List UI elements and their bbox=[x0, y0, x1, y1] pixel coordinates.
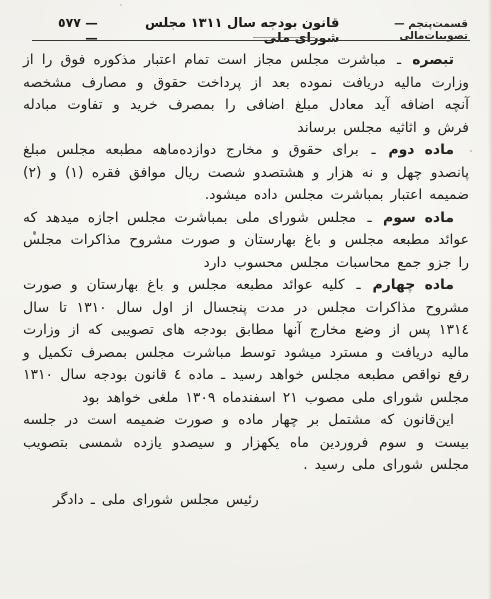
signature-line: رئیس مجلس شورای ملی ـ دادگر bbox=[23, 489, 469, 512]
title-underline-mark bbox=[253, 37, 315, 38]
label-dash: ـ bbox=[357, 277, 361, 293]
paragraph-text: مباشرت مجلس مجاز است تمام اعتبار مذکوره … bbox=[23, 52, 469, 136]
paragraph-article-3: ماده سوم ـ مجلس شورای ملی بمباشرت مجلس ا… bbox=[23, 207, 469, 275]
label-dash: ـ bbox=[372, 142, 376, 158]
signature-text: رئیس مجلس شورای ملی ـ دادگر bbox=[53, 492, 259, 508]
paragraph-closing: این‌قانون که مشتمل بر چهار ماده و صورت ض… bbox=[23, 409, 469, 477]
scan-speckle bbox=[470, 150, 472, 152]
paragraph-text: این‌قانون که مشتمل بر چهار ماده و صورت ض… bbox=[23, 412, 469, 473]
scan-speckle bbox=[120, 4, 122, 6]
page-header: قسمت‌پنجم — تصویبات‌مالی قانون بودجه سال… bbox=[48, 15, 468, 46]
paragraph-label: ماده سوم bbox=[383, 210, 454, 226]
header-rule bbox=[32, 40, 470, 41]
label-dash: ـ bbox=[368, 210, 372, 226]
paragraph-label: تبصره bbox=[412, 52, 454, 68]
paragraph-article-2: ماده دوم ـ برای حقوق و مخارج دوازده‌ماهه… bbox=[23, 139, 469, 207]
section-label: قسمت‌پنجم — تصویبات‌مالی bbox=[339, 18, 468, 42]
paragraph-label: ماده چهارم bbox=[372, 277, 454, 293]
paragraph-text: کلیه عوائد مطبعه مجلس و باغ بهارستان و ص… bbox=[23, 277, 469, 406]
document-body: تبصره ـ مباشرت مجلس مجاز است تمام اعتبار… bbox=[23, 49, 469, 511]
label-dash: ـ bbox=[397, 52, 401, 68]
paragraph-article-4: ماده چهارم ـ کلیه عوائد مطبعه مجلس و باغ… bbox=[23, 274, 469, 409]
scanned-document-page: قسمت‌پنجم — تصویبات‌مالی قانون بودجه سال… bbox=[0, 0, 492, 599]
paragraph-label: ماده دوم bbox=[388, 142, 454, 158]
paragraph-tabsareh: تبصره ـ مباشرت مجلس مجاز است تمام اعتبار… bbox=[23, 49, 469, 139]
document-title: قانون بودجه سال ١٣١١ مجلس شورای ملی bbox=[98, 16, 340, 46]
scan-speckle bbox=[33, 231, 36, 235]
scan-edge-shadow bbox=[488, 0, 492, 599]
